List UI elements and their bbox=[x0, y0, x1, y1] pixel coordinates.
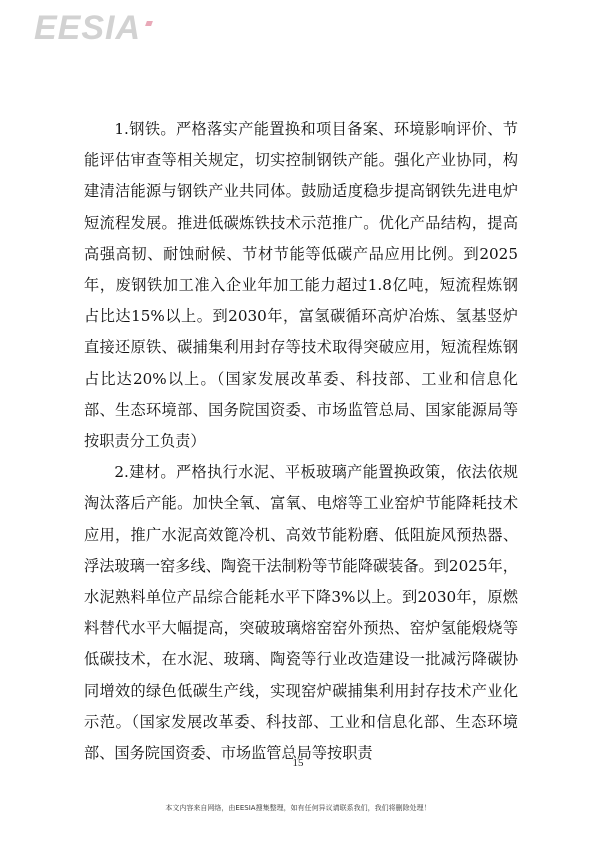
document-body: 1.钢铁。严格落实产能置换和项目备案、环境影响评价、节能评估审查等相关规定，切实… bbox=[84, 114, 518, 769]
paragraph-steel: 1.钢铁。严格落实产能置换和项目备案、环境影响评价、节能评估审查等相关规定，切实… bbox=[84, 114, 518, 457]
footer-disclaimer: 本文内容来自网络，由EESIA搜集整理，如有任何异议请联系我们，我们将删除处理！ bbox=[0, 803, 596, 813]
logo-text: EESIA bbox=[34, 9, 141, 47]
paragraph-building-materials: 2.建材。严格执行水泥、平板玻璃产能置换政策，依法依规淘汰落后产能。加快全氧、富… bbox=[84, 457, 518, 769]
eesia-logo: EESIA bbox=[34, 9, 141, 48]
page-number: 15 bbox=[0, 757, 596, 769]
logo-accent-mark bbox=[145, 21, 153, 26]
